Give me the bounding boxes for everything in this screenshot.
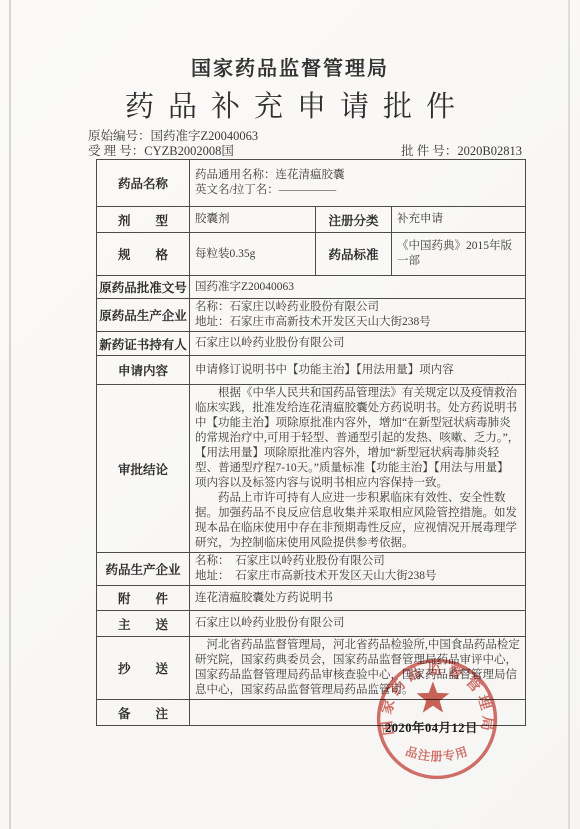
standard-value: 《中国药典》2015年版一部	[392, 233, 526, 276]
orig-manufacturer-label: 原药品生产企业	[97, 299, 190, 332]
authority-title: 国家药品监督管理局	[0, 52, 580, 81]
manufacturer-cell: 名称： 石家庄以岭药业股份有限公司 地址： 石家庄市高新技术开发区天山大街238…	[190, 553, 526, 586]
main-recipient-label: 主 送	[97, 611, 190, 637]
reg-class-value: 补充申请	[392, 207, 526, 233]
table-row: 主 送 石家庄以岭药业股份有限公司	[97, 611, 526, 637]
table-row: 剂 型 胶囊剂 注册分类 补充申请	[97, 207, 526, 233]
spec-value: 每粒装0.35g	[190, 233, 316, 276]
conclusion-paragraph-1: 根据《中华人民共和国药品管理法》有关规定以及疫情救治临床实践，批准发给连花清瘟胶…	[195, 386, 520, 491]
table-row: 审批结论 根据《中华人民共和国药品管理法》有关规定以及疫情救治临床实践，批准发给…	[97, 385, 526, 553]
table-row: 抄 送 河北省药品监督管理局，河北省药品检验所,中国食品药品检定研究院，国家药典…	[97, 637, 526, 700]
application-value: 申请修订说明书中【功能主治】【用法用量】项内容	[190, 356, 526, 385]
orig-approval-no-label: 原药品批准文号	[97, 276, 190, 299]
cc-value: 河北省药品监督管理局，河北省药品检验所,中国食品药品检定研究院，国家药典委员会，…	[190, 637, 526, 700]
conclusion-paragraph-2: 药品上市许可持有人应进一步积累临床有效性、安全性数据。加强药品不良反应信息收集并…	[195, 491, 520, 551]
application-label: 申请内容	[97, 356, 190, 385]
generic-name: 药品通用名称：连花清瘟胶囊	[195, 168, 520, 183]
table-row: 附 件 连花清瘟胶囊处方药说明书	[97, 586, 526, 611]
cert-holder-value: 石家庄以岭药业股份有限公司	[190, 332, 526, 356]
english-name: 英文名/拉丁名：—————	[195, 183, 520, 198]
drug-name-cell: 药品通用名称：连花清瘟胶囊 英文名/拉丁名：—————	[190, 160, 526, 207]
approval-number: 批 件 号：2020B02813	[401, 144, 522, 159]
table-row: 原药品生产企业 名称：石家庄以岭药业股份有限公司 地址：石家庄市高新技术开发区天…	[97, 299, 526, 332]
table-row: 药品名称 药品通用名称：连花清瘟胶囊 英文名/拉丁名：—————	[97, 160, 526, 207]
table-row: 申请内容 申请修订说明书中【功能主治】【用法用量】项内容	[97, 356, 526, 385]
manufacturer-label: 药品生产企业	[97, 553, 190, 586]
cert-holder-label: 新药证书持有人	[97, 332, 190, 356]
table-row: 药品生产企业 名称： 石家庄以岭药业股份有限公司 地址： 石家庄市高新技术开发区…	[97, 553, 526, 586]
remarks-label: 备 注	[97, 700, 190, 726]
attachment-label: 附 件	[97, 586, 190, 611]
drug-name-label: 药品名称	[97, 160, 190, 207]
orig-approval-no-value: 国药准字Z20040063	[190, 276, 526, 299]
main-recipient-value: 石家庄以岭药业股份有限公司	[190, 611, 526, 637]
table-row: 原药品批准文号 国药准字Z20040063	[97, 276, 526, 299]
table-row: 新药证书持有人 石家庄以岭药业股份有限公司	[97, 332, 526, 356]
acceptance-number: 受 理 号：CYZB2002008国	[88, 144, 234, 159]
attachment-value: 连花清瘟胶囊处方药说明书	[190, 586, 526, 611]
reg-class-label: 注册分类	[316, 207, 392, 233]
conclusion-label: 审批结论	[97, 385, 190, 553]
orig-manufacturer-cell: 名称：石家庄以岭药业股份有限公司 地址：石家庄市高新技术开发区天山大街238号	[190, 299, 526, 332]
orig-manufacturer-name: 名称：石家庄以岭药业股份有限公司	[195, 300, 520, 315]
conclusion-cell: 根据《中华人民共和国药品管理法》有关规定以及疫情救治临床实践，批准发给连花清瘟胶…	[190, 385, 526, 553]
document-page: 国家药品监督管理局 药品补充申请批件 原始编号：国药准字Z20040063 受 …	[0, 0, 580, 829]
approval-table: 药品名称 药品通用名称：连花清瘟胶囊 英文名/拉丁名：————— 剂 型 胶囊剂…	[96, 159, 526, 726]
cc-label: 抄 送	[97, 637, 190, 700]
document-meta: 原始编号：国药准字Z20040063 受 理 号：CYZB2002008国 批 …	[88, 129, 522, 158]
dosage-form-label: 剂 型	[97, 207, 190, 233]
spec-label: 规 格	[97, 233, 190, 276]
manufacturer-name: 名称： 石家庄以岭药业股份有限公司	[195, 554, 520, 569]
document-title: 药品补充申请批件	[0, 84, 580, 125]
dosage-form-value: 胶囊剂	[190, 207, 316, 233]
original-number: 原始编号：国药准字Z20040063	[88, 129, 258, 144]
orig-manufacturer-address: 地址：石家庄市高新技术开发区天山大街238号	[195, 315, 520, 330]
manufacturer-address: 地址： 石家庄市高新技术开发区天山大街238号	[195, 569, 520, 584]
standard-label: 药品标准	[316, 233, 392, 276]
approval-date: 2020年04月12日	[385, 718, 478, 736]
table-row: 规 格 每粒装0.35g 药品标准 《中国药典》2015年版一部	[97, 233, 526, 276]
